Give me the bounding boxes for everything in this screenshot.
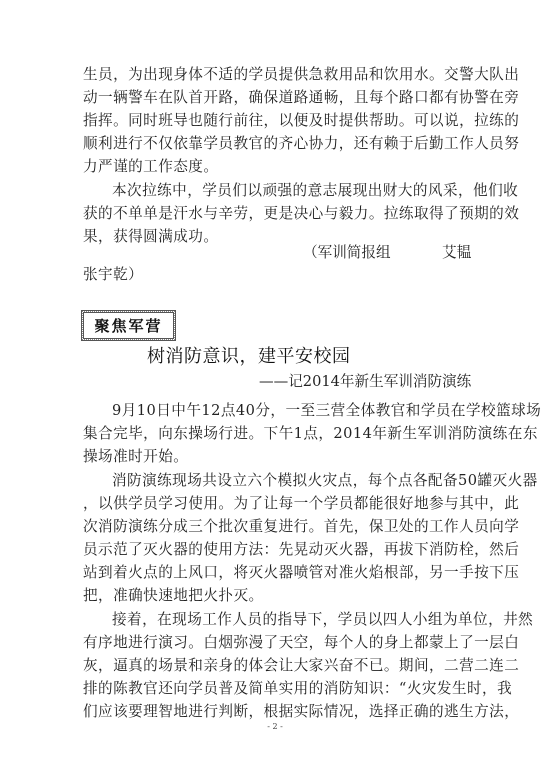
body-text-line: 们应该要理智地进行判断，根据实际情况，选择正确的逃生方法， [83,703,467,721]
body-text-line: 灰，逼真的场景和亲身的体会让大家兴奋不已。期间，二营二连二 [83,657,467,675]
body-text-line: 本次拉练中，学员们以顽强的意志展现出财大的风采，他们收 [112,182,467,200]
article-subtitle: ——记2014年新生军训消防演练 [259,373,471,391]
body-text-line: ，以供学员学习使用。为了让每一个学员都能很好地参与其中，此 [83,495,467,513]
byline-author: 艾韫 [442,244,471,262]
section-label: 聚焦军营 [94,315,162,336]
body-text-line: 指挥。同时班导也随行前往，以便及时提供帮助。可以说，拉练的 [83,112,467,130]
body-text-line: 站到着火点的上风口，将灭火器喷管对准火焰根部，另一手按下压 [83,564,467,582]
body-text-line: 员示范了灭火器的使用方法：先晃动灭火器，再拔下消防栓，然后 [83,541,467,559]
body-text-line: 集合完毕，向东操场行进。下午1点，2014年新生军训消防演练在东 [83,425,467,443]
body-text-line: 消防演练现场共设立六个模拟火灾点，每个点各配备50罐灭火器 [112,472,467,490]
body-text-line: 有序地进行演习。白烟弥漫了天空，每个人的身上都蒙上了一层白 [83,634,467,652]
body-text-line: 果，获得圆满成功。 [83,228,467,246]
body-text-line: 把，准确快速地把火扑灭。 [83,587,467,605]
byline-author-continued: 张宇乾） [83,266,467,284]
body-text-line: 生员，为出现身体不适的学员提供急救用品和饮用水。交警大队出 [83,66,467,84]
body-text-line: 操场准时开始。 [83,448,467,466]
body-text-line: 次消防演练分成三个批次重复进行。首先，保卫处的工作人员向学 [83,518,467,536]
byline-org: （军训简报组 [303,244,391,262]
section-label-box: 聚焦军营 [81,310,176,341]
body-text-line: 顺利进行不仅依靠学员教官的齐心协力，还有赖于后勤工作人员努 [83,135,467,153]
body-text-line: 获的不单单是汗水与辛劳，更是决心与毅力。拉练取得了预期的效 [83,205,467,223]
document-page: 生员，为出现身体不适的学员提供急救用品和饮用水。交警大队出 动一辆警车在队首开路… [0,0,550,778]
body-text-line: 力严谨的工作态度。 [83,158,467,176]
page-number: - 2 - [0,722,550,731]
body-text-line: 动一辆警车在队首开路，确保道路通畅，且每个路口都有协警在旁 [83,89,467,107]
body-text-line: 排的陈教官还向学员普及简单实用的消防知识：“火灾发生时，我 [83,680,467,698]
body-text-line: 9月10日中午12点40分，一至三营全体教官和学员在学校篮球场 [112,402,467,420]
body-text-line: 接着，在现场工作人员的指导下，学员以四人小组为单位，井然 [112,611,467,629]
article-title: 树消防意识，建平安校园 [147,346,351,368]
